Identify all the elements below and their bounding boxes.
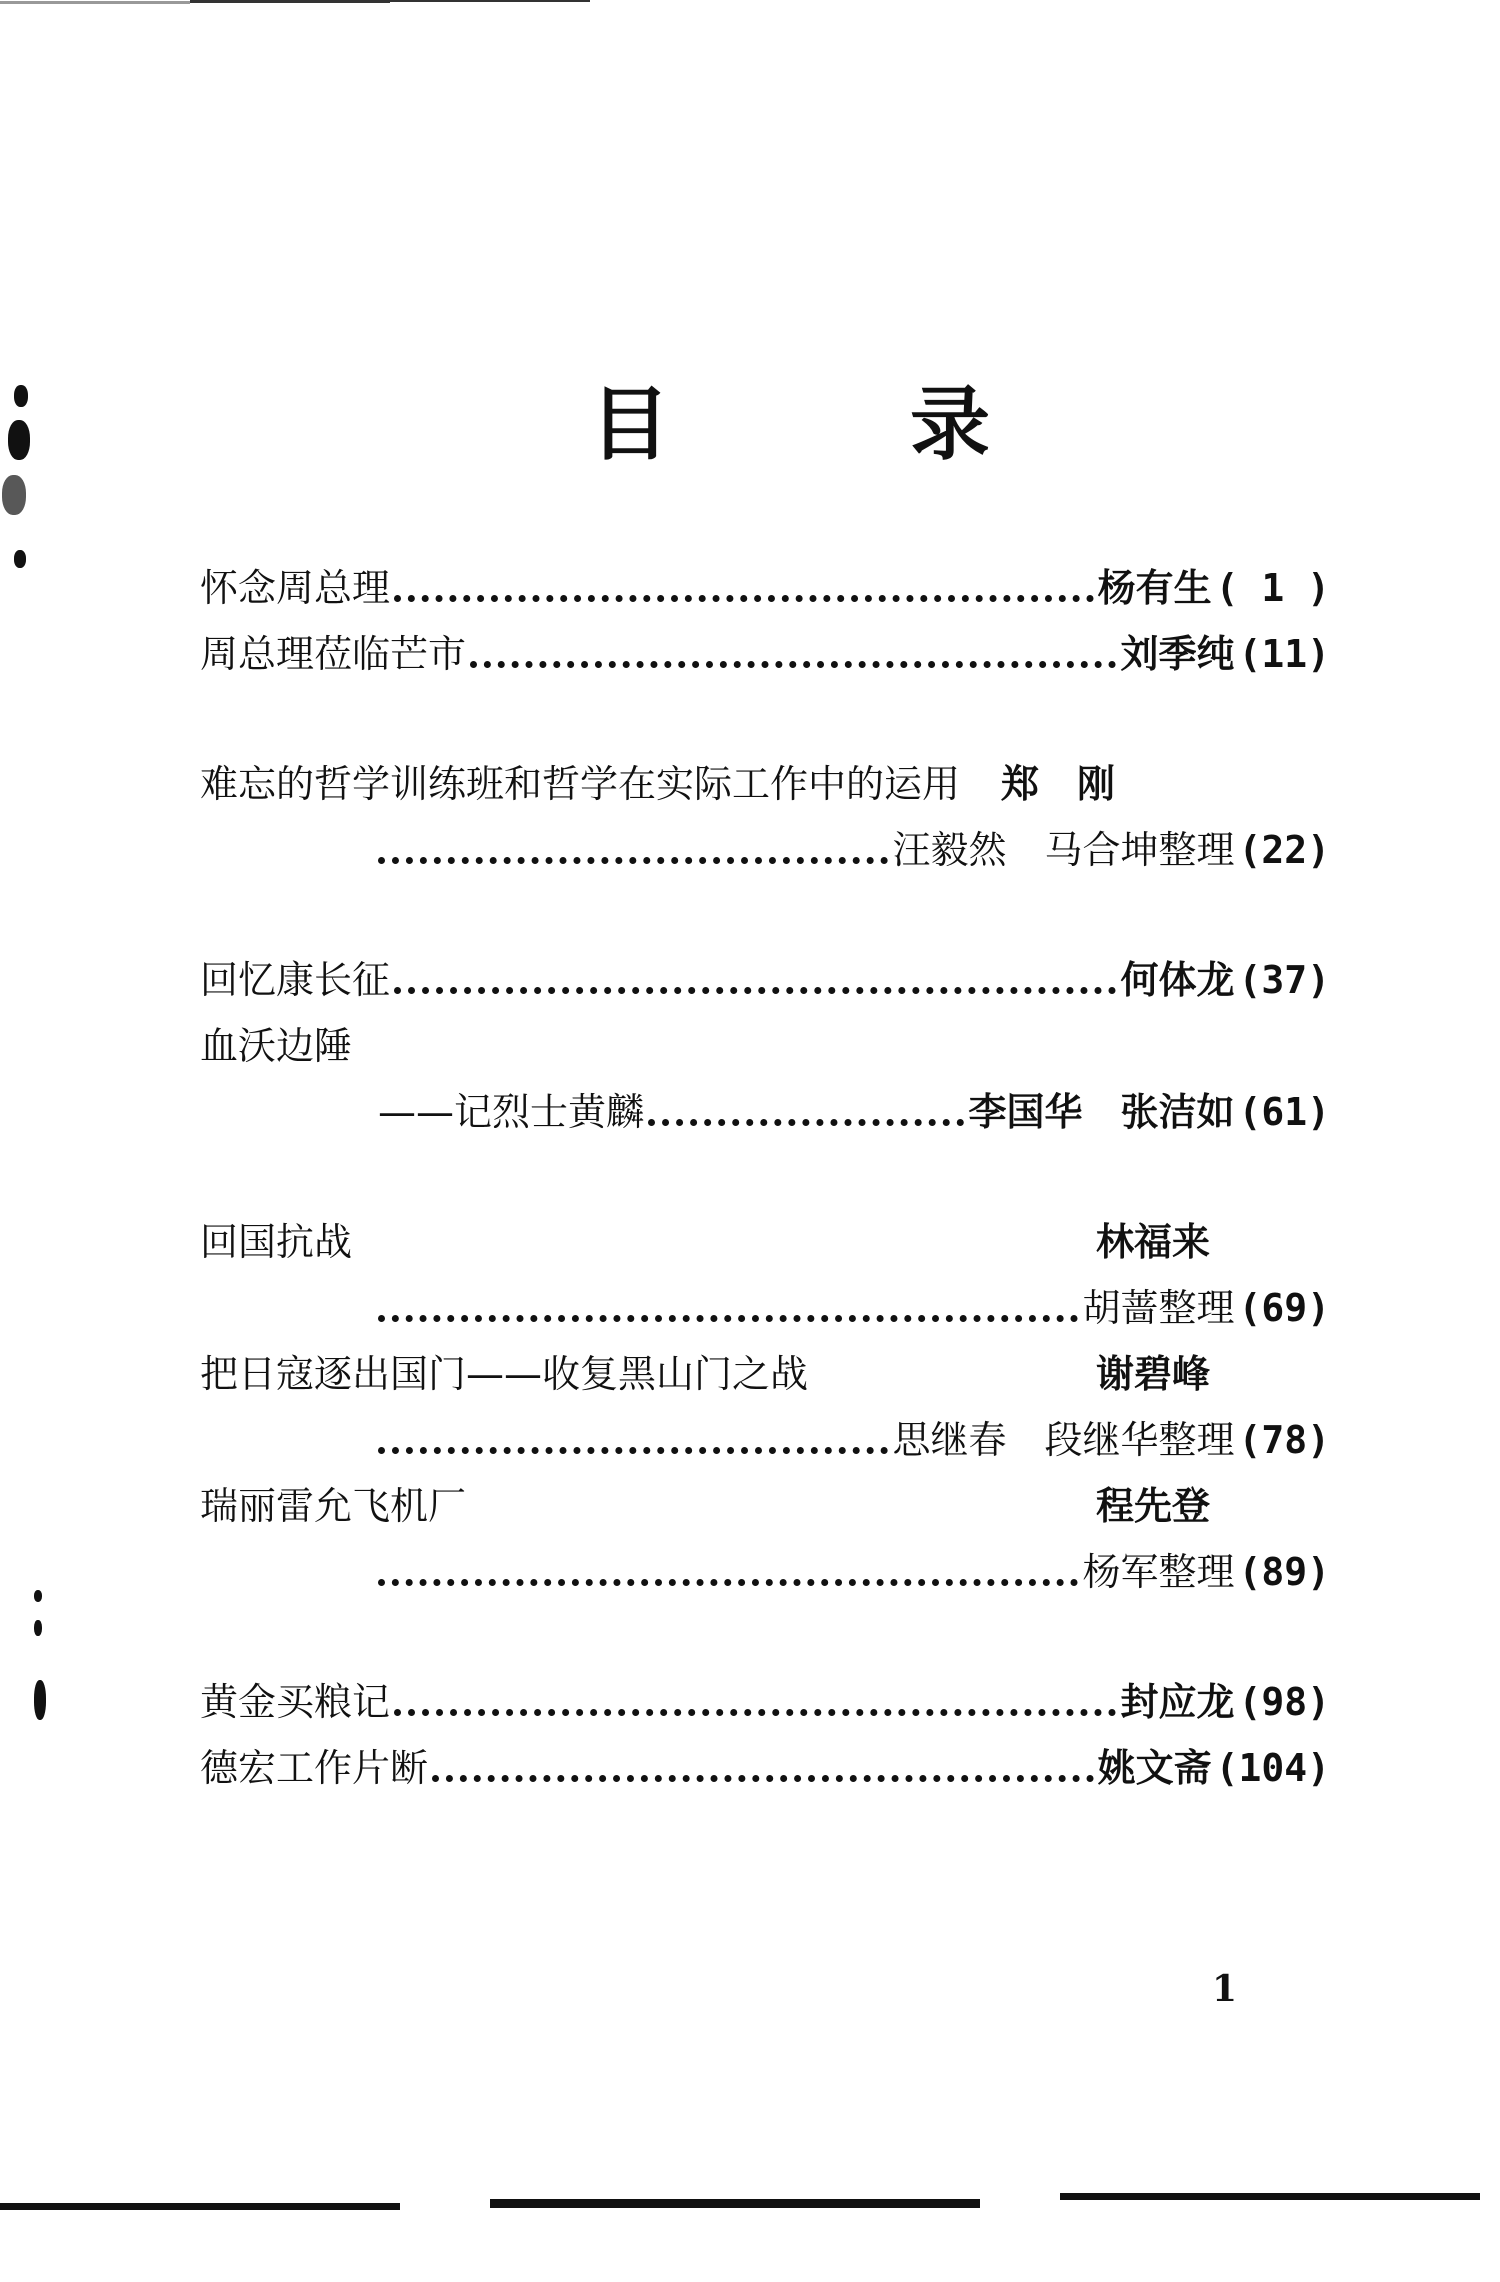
scan-margin-smudge xyxy=(14,550,26,568)
entry-subtitle: ——记烈士黄麟 xyxy=(378,1093,644,1131)
entry-author: 谢碧峰 xyxy=(1096,1355,1210,1393)
entry-author: 封应龙 xyxy=(1120,1683,1234,1721)
scan-margin-smudge xyxy=(34,1680,46,1720)
toc-entry[interactable]: 血沃边陲 xyxy=(200,1013,1330,1079)
toc-entry[interactable]: 怀念周总理 杨有生 ( 1 ) xyxy=(200,555,1330,621)
entry-author: 姚文斋 xyxy=(1098,1749,1212,1787)
dot-leader xyxy=(648,1119,964,1126)
entry-title: 血沃边陲 xyxy=(200,1027,352,1065)
table-of-contents: 怀念周总理 杨有生 ( 1 ) 周总理莅临芒市 刘季纯 (11) 难忘的哲学训练… xyxy=(200,555,1330,1801)
entry-title: 怀念周总理 xyxy=(200,569,390,607)
toc-entry[interactable]: 瑞丽雷允飞机厂 程先登 xyxy=(200,1473,1330,1539)
entry-title: 黄金买粮记 xyxy=(200,1683,390,1721)
entry-editors: 汪毅然 马合坤整理 xyxy=(892,831,1234,869)
entry-author: 林福来 xyxy=(1096,1223,1210,1261)
toc-entry-continuation[interactable]: 汪毅然 马合坤整理 (22) xyxy=(200,817,1330,883)
toc-entry[interactable]: 周总理莅临芒市 刘季纯 (11) xyxy=(200,621,1330,687)
dot-leader xyxy=(378,857,888,864)
scan-margin-smudge xyxy=(14,385,28,407)
page-number: 1 xyxy=(1212,1968,1237,2010)
entry-page: (89) xyxy=(1238,1553,1330,1591)
scan-margin-smudge xyxy=(2,475,26,515)
toc-entry[interactable]: 德宏工作片断 姚文斋 (104) xyxy=(200,1735,1330,1801)
dot-leader xyxy=(394,595,1094,602)
toc-entry-continuation[interactable]: 思继春 段继华整理 (78) xyxy=(200,1407,1330,1473)
scan-margin-smudge xyxy=(34,1620,42,1636)
entry-page: (98) xyxy=(1238,1683,1330,1721)
dot-leader xyxy=(378,1315,1078,1322)
toc-entry[interactable]: 把日寇逐出国门——收复黑山门之战 谢碧峰 xyxy=(200,1341,1330,1407)
dot-leader xyxy=(378,1579,1078,1586)
dot-leader xyxy=(432,1775,1094,1782)
entry-title: 瑞丽雷允飞机厂 xyxy=(200,1487,466,1525)
entry-title: 把日寇逐出国门——收复黑山门之战 xyxy=(200,1355,808,1393)
entry-page: ( 1 ) xyxy=(1216,569,1330,607)
entry-title: 回忆康长征 xyxy=(200,961,390,999)
scan-margin-smudge xyxy=(34,1590,42,1602)
dot-leader xyxy=(394,1709,1116,1716)
entry-author: 何体龙 xyxy=(1120,961,1234,999)
entry-title: 难忘的哲学训练班和哲学在实际工作中的运用 xyxy=(200,765,960,803)
entry-editors: 胡蔷整理 xyxy=(1082,1289,1234,1327)
entry-author: 李国华 张洁如 xyxy=(968,1093,1234,1131)
entry-page: (61) xyxy=(1238,1093,1330,1131)
toc-entry[interactable]: 难忘的哲学训练班和哲学在实际工作中的运用 郑 刚 xyxy=(200,751,1330,817)
entry-page: (37) xyxy=(1238,961,1330,999)
entry-page: (69) xyxy=(1238,1289,1330,1327)
entry-page: (78) xyxy=(1238,1421,1330,1459)
entry-editors: 思继春 段继华整理 xyxy=(892,1421,1234,1459)
toc-entry-continuation[interactable]: 杨军整理 (89) xyxy=(200,1539,1330,1605)
toc-entry[interactable]: 回国抗战 林福来 xyxy=(200,1209,1330,1275)
entry-title: 周总理莅临芒市 xyxy=(200,635,466,673)
scan-margin-smudge xyxy=(8,420,30,460)
dot-leader xyxy=(394,987,1116,994)
entry-author: 杨有生 xyxy=(1098,569,1212,607)
toc-entry-continuation[interactable]: 胡蔷整理 (69) xyxy=(200,1275,1330,1341)
dot-leader xyxy=(470,661,1116,668)
entry-page: (22) xyxy=(1238,831,1330,869)
toc-entry[interactable]: 回忆康长征 何体龙 (37) xyxy=(200,947,1330,1013)
bottom-scan-edge xyxy=(0,2195,1500,2203)
entry-author: 郑 刚 xyxy=(1001,765,1115,803)
entry-title: 回国抗战 xyxy=(200,1223,352,1261)
entry-title: 德宏工作片断 xyxy=(200,1749,428,1787)
entry-editors: 杨军整理 xyxy=(1082,1553,1234,1591)
entry-page: (104) xyxy=(1216,1749,1330,1787)
page-title: 目 录 xyxy=(590,360,990,475)
entry-author: 刘季纯 xyxy=(1120,635,1234,673)
page-title-char: 录 xyxy=(910,360,990,475)
toc-entry-continuation[interactable]: ——记烈士黄麟 李国华 张洁如 (61) xyxy=(200,1079,1330,1145)
page-title-char: 目 xyxy=(590,360,670,475)
entry-author: 程先登 xyxy=(1096,1487,1210,1525)
entry-page: (11) xyxy=(1238,635,1330,673)
dot-leader xyxy=(378,1447,888,1454)
toc-entry[interactable]: 黄金买粮记 封应龙 (98) xyxy=(200,1669,1330,1735)
